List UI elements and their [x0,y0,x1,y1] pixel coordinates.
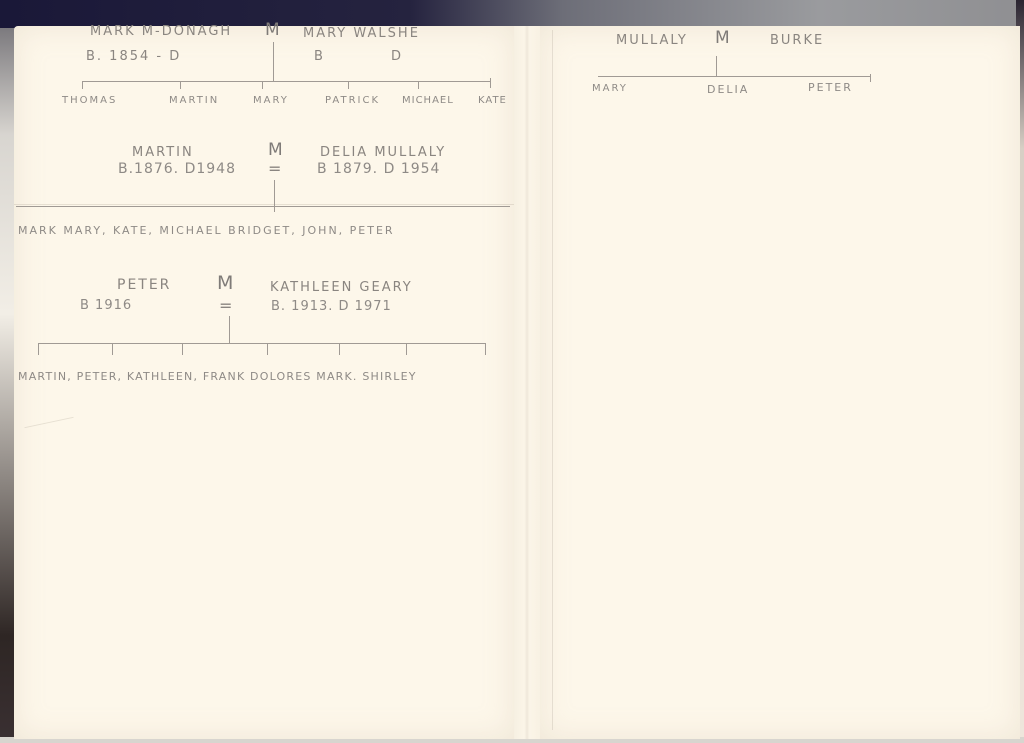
mullaly-wife-name: BURKE [770,33,824,48]
mullaly-descent-line [716,56,717,76]
mullaly-child: DELIA [707,83,749,96]
gen2-children: MARK MARY, KATE, MICHAEL BRIDGET, JOHN, … [18,224,395,237]
gen1-wife-born: B [314,49,325,64]
gen3-sibling-line [38,343,486,344]
fold-crease-vertical [552,30,553,730]
gen1-child: PATRICK [325,95,380,106]
gen3-husband-name: PETER [117,277,171,293]
gen1-child: KATE [478,95,507,106]
gen1-wife-name: MARY WALSHE [303,26,420,41]
gen3-tick [406,343,407,355]
gen1-descent-line [273,42,274,82]
gen3-marriage-symbol: M [217,272,233,294]
gen3-descent-line [229,316,230,344]
gen2-sibling-line [16,206,510,207]
gen1-tick [490,78,491,88]
gen1-tick [262,81,263,89]
gen3-tick [38,343,39,355]
mullaly-sibling-line [598,76,870,77]
gen1-tick [418,81,419,89]
mullaly-tick [870,74,871,82]
fold-crease-horizontal [14,204,514,205]
gen2-descent-line [274,180,275,212]
gen3-tick [267,343,268,355]
gen1-child: THOMAS [62,95,117,106]
gen1-sibling-line [82,81,490,82]
gen3-tick [112,343,113,355]
gen3-tick [485,343,486,355]
mullaly-child: MARY [592,83,628,94]
gen3-tick [182,343,183,355]
gen2-wife-name: DELIA MULLALY [320,145,446,160]
gen1-wife-died: D [391,49,403,64]
mullaly-child: PETER [808,81,853,94]
gen3-wife-dates: B. 1913. D 1971 [271,299,392,314]
gen3-tick [339,343,340,355]
mullaly-husband-name: MULLALY [616,33,688,48]
right-page [540,26,1020,739]
gen2-husband-dates: B.1876. D1948 [118,161,236,177]
gen1-tick [348,81,349,89]
gen3-children: MARTIN, PETER, KATHLEEN, FRANK DOLORES M… [18,370,417,383]
gen2-wife-dates: B 1879. D 1954 [317,161,440,177]
gen3-wife-name: KATHLEEN GEARY [270,280,413,295]
gen2-marriage-symbol: M [268,140,283,160]
gen3-equals: = [219,296,234,315]
gen1-child: MICHAEL [402,95,454,106]
gen2-equals: = [268,159,283,178]
center-fold [514,26,540,739]
gen1-tick [82,81,83,89]
gen3-husband-dates: B 1916 [80,298,132,313]
gen1-husband-name: MARK M-DONAGH [90,24,232,39]
gen1-child: MARY [253,95,289,106]
gen1-tick [180,81,181,89]
gen2-husband-name: MARTIN [132,145,194,160]
gen1-child: MARTIN [169,95,219,106]
gen1-marriage-symbol: M [265,20,280,40]
gen1-husband-dates: B. 1854 - D [86,49,181,64]
mullaly-marriage-symbol: M [715,28,730,48]
